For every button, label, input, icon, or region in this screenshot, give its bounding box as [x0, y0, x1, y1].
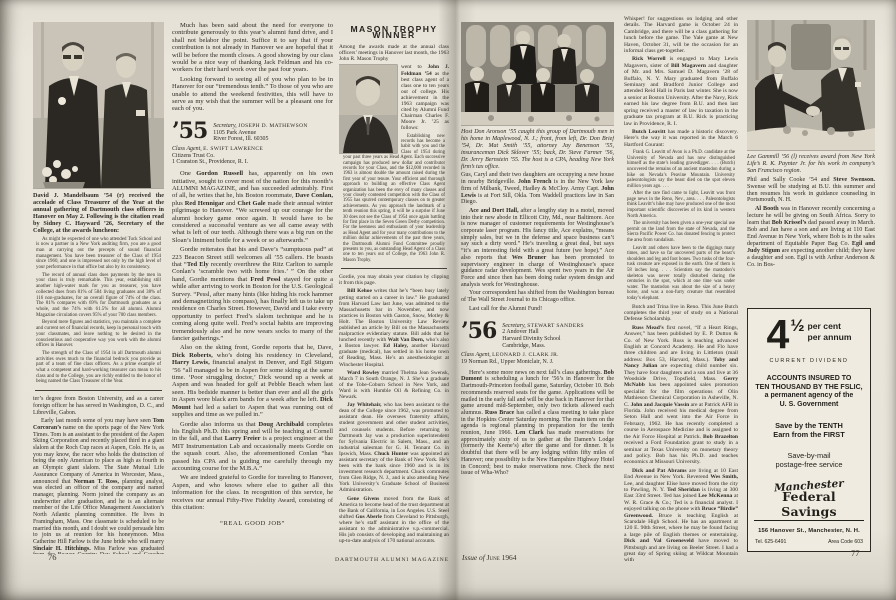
small: The strength of the Class of 1954 in all…: [33, 351, 164, 385]
real-good-job-citation: “REAL GOOD JOB”: [172, 520, 333, 527]
ad-insured-text: ACCOUNTS INSURED TO TEN THOUSAND BY THE …: [754, 375, 864, 409]
page-number-77: 77: [851, 548, 860, 558]
ad-mail-line: Save-by-mail: [754, 451, 864, 460]
ad-rate-unit: per cent per annum: [808, 321, 852, 342]
para: Also on the skiing front, Gordie reports…: [172, 344, 333, 418]
ad-save-text: Save by the TENTH Earn from the FIRST: [754, 421, 864, 439]
para: Looking forward to seeing all of you who…: [172, 76, 333, 113]
issue-label: Issue of: [462, 553, 485, 562]
para: Much has been said about the need for ev…: [172, 22, 333, 74]
ad-rate-number: 4: [767, 318, 788, 350]
para: Your correspondent has shifted from the …: [461, 290, 614, 303]
para: Dick and Pat Abrams are living at 10 Eas…: [624, 468, 738, 564]
class-55-section: ’55Secretary, JOSEPH D. MATHEWSON1105 Pa…: [172, 122, 333, 166]
small: As might be expected of one who attended…: [33, 237, 164, 271]
left-column-3: MASON TROPHY WINNERAmong the awards made…: [339, 26, 449, 550]
para: Phil and Sally Cooke ’54 and Steve Swens…: [747, 177, 875, 205]
ad-insured-line: TEN THOUSAND BY THE FSLIC,: [754, 384, 864, 393]
para: Gus, Caryl and their two daughters are o…: [461, 172, 614, 206]
para: Russ Mead’s first novel, “If a Heart Rin…: [624, 325, 738, 466]
para: Ace and Dort Hall, after a lengthy stay …: [461, 208, 614, 288]
para: Whisper! for suggestions on lodging and …: [624, 16, 738, 54]
ad-rate-unit-line2: per annum: [808, 332, 852, 342]
small: Frank G. Leavitt of Avon is a Ph.D. cand…: [624, 150, 738, 189]
ad-area-code: Area Code 603: [828, 539, 863, 545]
small: Leavitt and others have been to the digg…: [624, 246, 738, 302]
ad-rate: 4 ½ per cent per annum: [754, 318, 864, 350]
class-56-section: ’56Secretary, STEWART SANDERS2 Andover H…: [461, 322, 614, 366]
ad-phone-row: Tel. 625-6491 Area Code 603: [754, 539, 864, 545]
para: Gordie, you may obtain your citation by …: [339, 274, 449, 286]
class-year-numeral: ’56: [461, 322, 496, 341]
para: Al Booth was in Hanover recently concern…: [747, 206, 875, 268]
para: Jay Whitehair, who has been assistant to…: [339, 402, 449, 493]
citation-divider-rule: [341, 268, 447, 269]
para: Last call for the Alumni Fund!: [461, 306, 614, 313]
para: ter’s degree from Boston University, and…: [33, 396, 164, 416]
aronson-group-photo: [461, 22, 614, 125]
para: One Gordon Russell has, apparently on hi…: [172, 170, 333, 244]
gammill-award-photo: [747, 20, 875, 150]
feldman-portrait-photo: [339, 65, 397, 153]
issue-date-footer: Issue of June 1964: [462, 553, 516, 562]
para: We are indeed grateful to Gordie for tra…: [172, 474, 333, 511]
para: Gordie also informs us that Doug Archiba…: [172, 421, 333, 473]
manchester-federal-savings-logo: Manchester Federal Savings: [754, 480, 864, 521]
para: went to John J. Feldman ’54 as the best …: [339, 64, 449, 131]
aronson-photo-caption: Host Don Aronson ’55 caught this group o…: [461, 129, 614, 170]
ad-insured-line: a permanent agency of the: [754, 392, 864, 401]
class-year-numeral: ’55: [172, 122, 207, 141]
small: Beyond mere figures and statistics, you …: [33, 320, 164, 349]
mandelbaum-award-photo: [33, 22, 164, 188]
para: Among the awards made at the annual clas…: [339, 44, 449, 62]
para: Gordie reiterates that his and Dave’s “s…: [172, 246, 333, 342]
right-column-1: Host Don Aronson ’55 caught this group o…: [461, 22, 614, 546]
page-number-76: 76: [48, 552, 57, 562]
ad-address: 156 Hanover St., Manchester, N. H.: [754, 528, 864, 534]
ad-mail-text: Save-by-mail postage-free service: [754, 451, 864, 469]
manchester-federal-savings-ad: 4 ½ per cent per annum CURRENT DIVIDEND …: [747, 308, 871, 552]
mandelbaum-caption: David J. Mandelbaum ’54 (r) received the…: [33, 192, 164, 235]
small: The record of annual class dues payments…: [33, 273, 164, 319]
para: Early last month some of you may have se…: [33, 418, 164, 554]
ad-save-line: Earn from the FIRST: [754, 430, 864, 439]
left-column-2: Much has been said about the need for ev…: [172, 22, 333, 558]
para: Ward Rowley married Thelma Jean Swensk, …: [339, 370, 449, 400]
ad-telephone: Tel. 625-6491: [755, 539, 786, 545]
ad-save-line: Save by the TENTH: [754, 421, 864, 430]
para: Butch Leavitt has made a historic discov…: [624, 129, 738, 148]
ad-mail-line: postage-free service: [754, 460, 864, 469]
issue-date: June 1964: [487, 553, 517, 562]
para: Butch and Trina live in Reno. This June …: [624, 304, 738, 323]
right-column-2: Whisper! for suggestions on lodging and …: [624, 16, 738, 572]
left-column-1: David J. Mandelbaum ’54 (r) received the…: [33, 22, 164, 554]
ad-insured-line: U. S. Government: [754, 401, 864, 410]
para: Here’s some more news on next fall’s cla…: [461, 370, 614, 477]
ad-rate-fraction: ½: [790, 318, 804, 334]
mason-trophy-heading: MASON TROPHY WINNER: [339, 26, 449, 38]
gammill-photo-caption: Lee Gammill ’56 (l) receives award from …: [747, 154, 875, 175]
small: The university has been given a one-year…: [624, 221, 738, 243]
ad-dividend-label: CURRENT DIVIDEND: [754, 358, 864, 364]
magazine-spread: David J. Mandelbaum ’54 (r) received the…: [0, 0, 896, 600]
para: Gene Givens moved from the Bank of Ameri…: [339, 496, 449, 545]
small: After the rare find came to light, Leavi…: [624, 191, 738, 219]
right-column-3: Lee Gammill ’56 (l) receives award from …: [747, 20, 875, 306]
column-divider-rule: [35, 390, 162, 391]
ad-insured-line: ACCOUNTS INSURED TO: [754, 375, 864, 384]
para: Rick Worrell is engaged to Mary Lewis Ma…: [624, 56, 738, 126]
ad-rate-unit-line1: per cent: [808, 321, 841, 331]
para: Bill Kehoe writes that he’s “been busy l…: [339, 288, 449, 367]
